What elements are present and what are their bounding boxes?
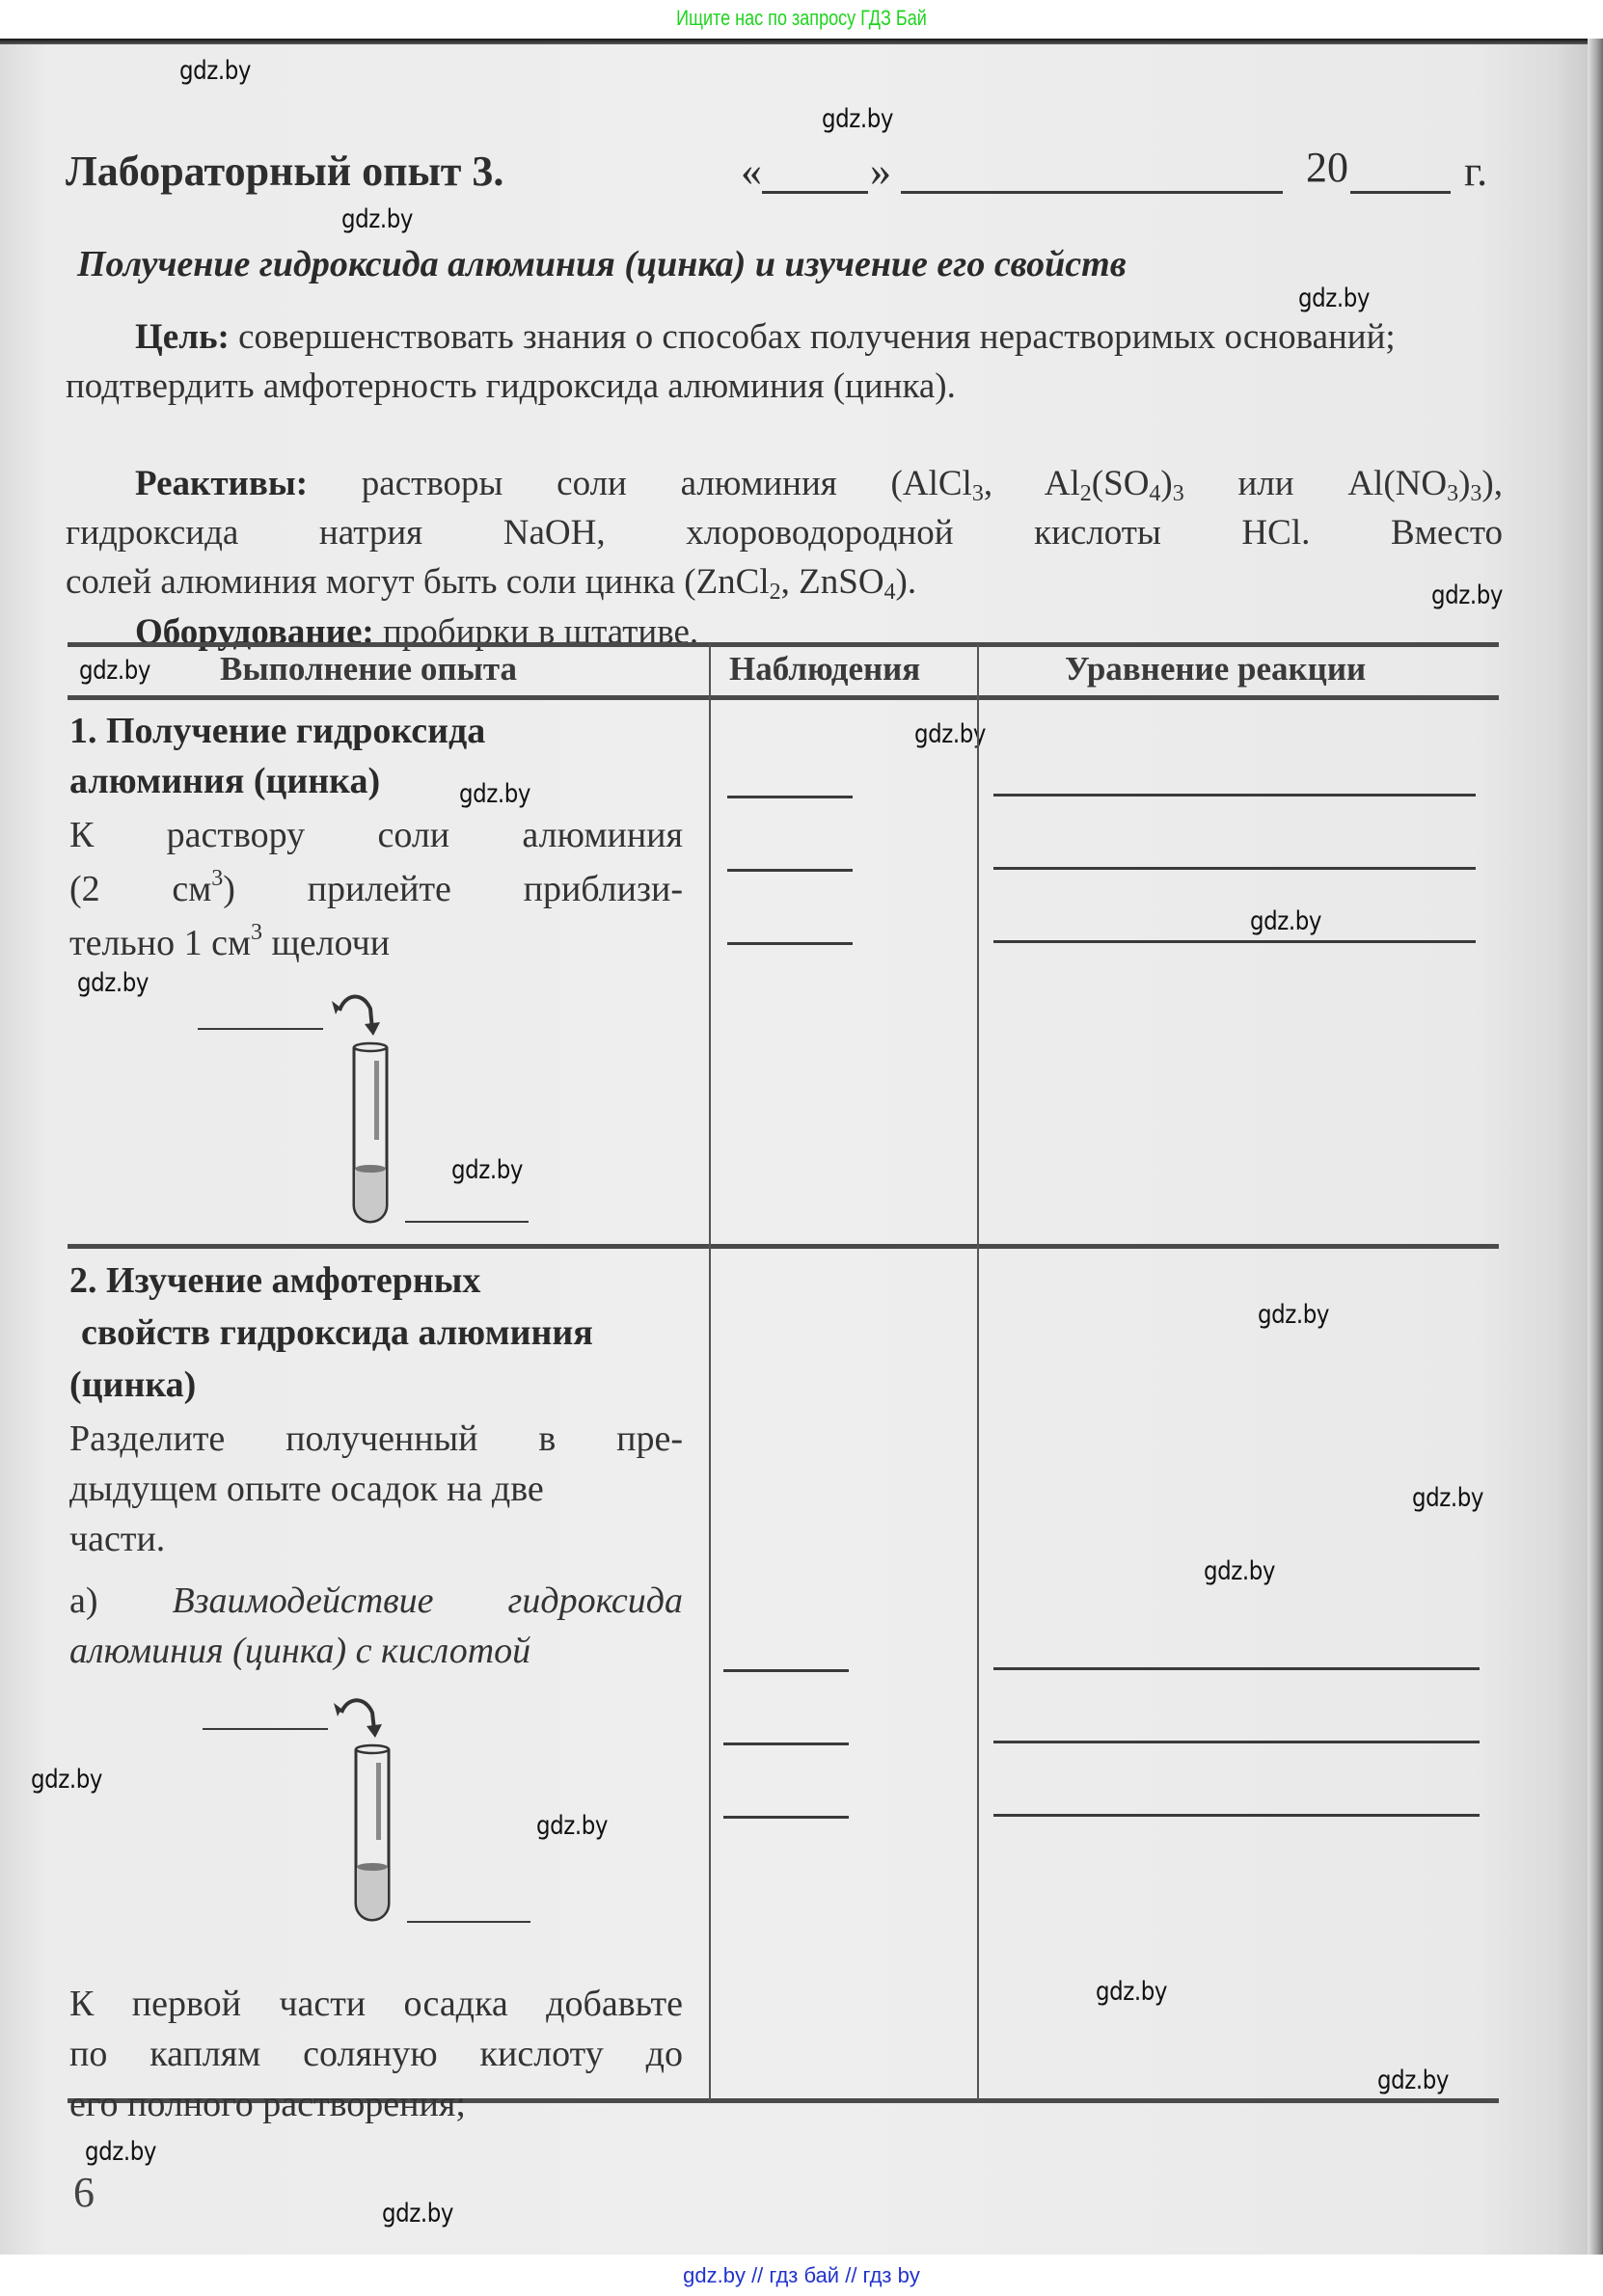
textbook-page: gdz.by gdz.by gdz.by gdz.by gdz.by gdz.b… xyxy=(0,39,1603,2255)
reagents-text: ), xyxy=(1481,464,1503,503)
formula-subscript: 2 xyxy=(1080,481,1092,506)
reagents-text: солей алюминия могут быть соли цинка (Zn… xyxy=(66,562,770,602)
formula-subscript: 4 xyxy=(1149,481,1160,506)
watermark: gdz.by xyxy=(1431,581,1503,610)
watermark: gdz.by xyxy=(341,204,413,234)
formula-subscript: 3 xyxy=(1470,481,1481,506)
equation-blank[interactable] xyxy=(993,867,1476,870)
watermark: gdz.by xyxy=(77,968,149,998)
lab-subtitle: Получение гидроксида алюминия (цинка) и … xyxy=(77,243,1127,285)
test-tube-icon xyxy=(330,1691,417,1932)
year-prefix: 20 xyxy=(1306,143,1348,192)
page-top-edge xyxy=(0,39,1603,44)
watermark: gdz.by xyxy=(1204,1556,1275,1586)
watermark: gdz.by xyxy=(451,1155,523,1185)
formula-subscript: 3 xyxy=(1173,481,1184,506)
watermark: gdz.by xyxy=(1258,1300,1329,1330)
sub-heading: Взаимодействие гидроксида xyxy=(173,1580,683,1621)
reagent-label-blank[interactable] xyxy=(198,1028,323,1030)
sub-label: а) xyxy=(69,1580,173,1621)
table-header-rule xyxy=(68,695,1499,700)
day-blank[interactable] xyxy=(762,191,868,194)
equation-blank[interactable] xyxy=(993,1814,1480,1817)
reagents-text: , ZnSO xyxy=(781,562,884,602)
row-2-after-line-3: его полного растворения; xyxy=(69,2079,466,2129)
row-2-text-line-2: дыдущем опыте осадок на две xyxy=(69,1464,544,1514)
reagents-line-3: солей алюминия могут быть соли цинка (Zn… xyxy=(66,557,916,607)
goal-paragraph: Цель: совершенствовать знания о способах… xyxy=(66,312,1503,411)
watermark: gdz.by xyxy=(1412,1483,1483,1513)
row-1-text: (2 см xyxy=(69,869,211,909)
month-blank[interactable] xyxy=(901,191,1283,194)
watermark: gdz.by xyxy=(85,2137,156,2167)
row-2-text-line-1: Разделите полученный в пре- xyxy=(69,1414,683,1464)
equation-blank[interactable] xyxy=(993,1667,1480,1670)
watermark: gdz.by xyxy=(536,1811,608,1841)
superscript: 3 xyxy=(211,866,223,891)
row-1-text: тельно 1 см xyxy=(69,923,251,963)
top-banner[interactable]: Ищите нас по запросу ГДЗ Бай xyxy=(145,0,1459,39)
superscript: 3 xyxy=(251,920,262,945)
test-tube-icon xyxy=(328,984,415,1225)
reagents-text: ) xyxy=(1458,464,1470,503)
column-header-procedure: Выполнение опыта xyxy=(220,650,517,689)
table-top-rule xyxy=(68,642,1499,647)
row-2-heading-line-1: 2. Изучение амфотерных xyxy=(69,1256,480,1306)
reagents-text: растворы соли алюминия (AlCl xyxy=(308,464,972,503)
reagents-label: Реактивы: xyxy=(135,464,308,503)
product-label-blank[interactable] xyxy=(405,1221,529,1223)
reagent-label-blank[interactable] xyxy=(203,1728,328,1730)
observation-blank[interactable] xyxy=(723,1816,849,1819)
reagents-text: или Al(NO xyxy=(1184,464,1447,503)
column-divider xyxy=(709,644,711,2100)
table-row-divider xyxy=(68,1244,1499,1249)
row-1-text: ) прилейте приблизи- xyxy=(223,869,683,909)
column-divider xyxy=(977,644,979,2100)
year-suffix: г. xyxy=(1464,147,1487,196)
reagents-line-2: гидроксида натрия NaOH, хлороводородной … xyxy=(66,508,1503,557)
formula-subscript: 4 xyxy=(884,580,896,605)
observation-blank[interactable] xyxy=(723,1669,849,1672)
formula-subscript: 2 xyxy=(770,580,781,605)
reagents-text: ) xyxy=(1160,464,1172,503)
row-2-text-line-3: части. xyxy=(69,1514,165,1564)
equation-blank[interactable] xyxy=(993,794,1476,797)
product-label-blank[interactable] xyxy=(407,1921,530,1923)
sub-heading: алюминия (цинка) с кислотой xyxy=(69,1631,530,1671)
row-2-heading-line-2: свойств гидроксида алюминия xyxy=(81,1308,593,1358)
goal-label: Цель: xyxy=(135,317,230,357)
row-2-after-line-2: по каплям соляную кислоту до xyxy=(69,2029,683,2079)
row-1-text: щелочи xyxy=(262,923,390,963)
reagents-text: , Al xyxy=(984,464,1080,503)
watermark: gdz.by xyxy=(1250,906,1321,936)
watermark: gdz.by xyxy=(79,656,150,686)
formula-subscript: 3 xyxy=(1447,481,1458,506)
reagents-line-1: Реактивы: растворы соли алюминия (AlCl3,… xyxy=(66,459,1503,508)
bottom-banner[interactable]: gdz.by // гдз бай // гдз by xyxy=(0,2255,1603,2296)
row-2-heading-line-3: (цинка) xyxy=(69,1360,196,1410)
date-close-quote: » xyxy=(870,147,891,196)
reagents-text: ). xyxy=(896,562,917,602)
page-number: 6 xyxy=(73,2168,95,2217)
watermark: gdz.by xyxy=(31,1765,102,1795)
watermark: gdz.by xyxy=(1096,1977,1167,2007)
row-2-sub-line-2: алюминия (цинка) с кислотой xyxy=(69,1626,530,1676)
observation-blank[interactable] xyxy=(723,1742,849,1745)
equation-blank[interactable] xyxy=(993,940,1476,943)
row-1-text-line-3: тельно 1 см3 щелочи xyxy=(69,918,390,968)
formula-subscript: 3 xyxy=(972,481,984,506)
reagents-text: (SO xyxy=(1092,464,1150,503)
observation-blank[interactable] xyxy=(727,869,853,872)
observation-blank[interactable] xyxy=(727,942,853,945)
row-1-heading-line-1: 1. Получение гидроксида xyxy=(69,706,485,756)
watermark: gdz.by xyxy=(822,104,893,134)
column-header-observations: Наблюдения xyxy=(729,650,920,689)
page-right-edge xyxy=(1588,39,1603,2255)
row-1-heading-line-2: алюминия (цинка) xyxy=(69,756,380,806)
watermark: gdz.by xyxy=(179,56,251,86)
watermark: gdz.by xyxy=(914,719,986,749)
watermark: gdz.by xyxy=(459,779,530,809)
row-2-after-line-1: К первой части осадка добавьте xyxy=(69,1979,683,2029)
year-blank[interactable] xyxy=(1350,191,1451,194)
date-open-quote: « xyxy=(741,147,762,196)
row-1-text-line-1: К раствору соли алюминия xyxy=(69,810,683,860)
column-header-equation: Уравнение реакции xyxy=(1065,650,1366,689)
goal-text: совершенствовать знания о способах получ… xyxy=(66,317,1396,406)
lab-title: Лабораторный опыт 3. xyxy=(66,147,503,196)
watermark: gdz.by xyxy=(1298,284,1370,313)
equation-blank[interactable] xyxy=(993,1741,1480,1743)
watermark: gdz.by xyxy=(1377,2066,1449,2095)
watermark: gdz.by xyxy=(382,2199,453,2228)
row-2-sub-line-1: а) Взаимодействие гидроксида xyxy=(69,1576,683,1626)
row-1-text-line-2: (2 см3) прилейте приблизи- xyxy=(69,864,683,914)
observation-blank[interactable] xyxy=(727,796,853,798)
